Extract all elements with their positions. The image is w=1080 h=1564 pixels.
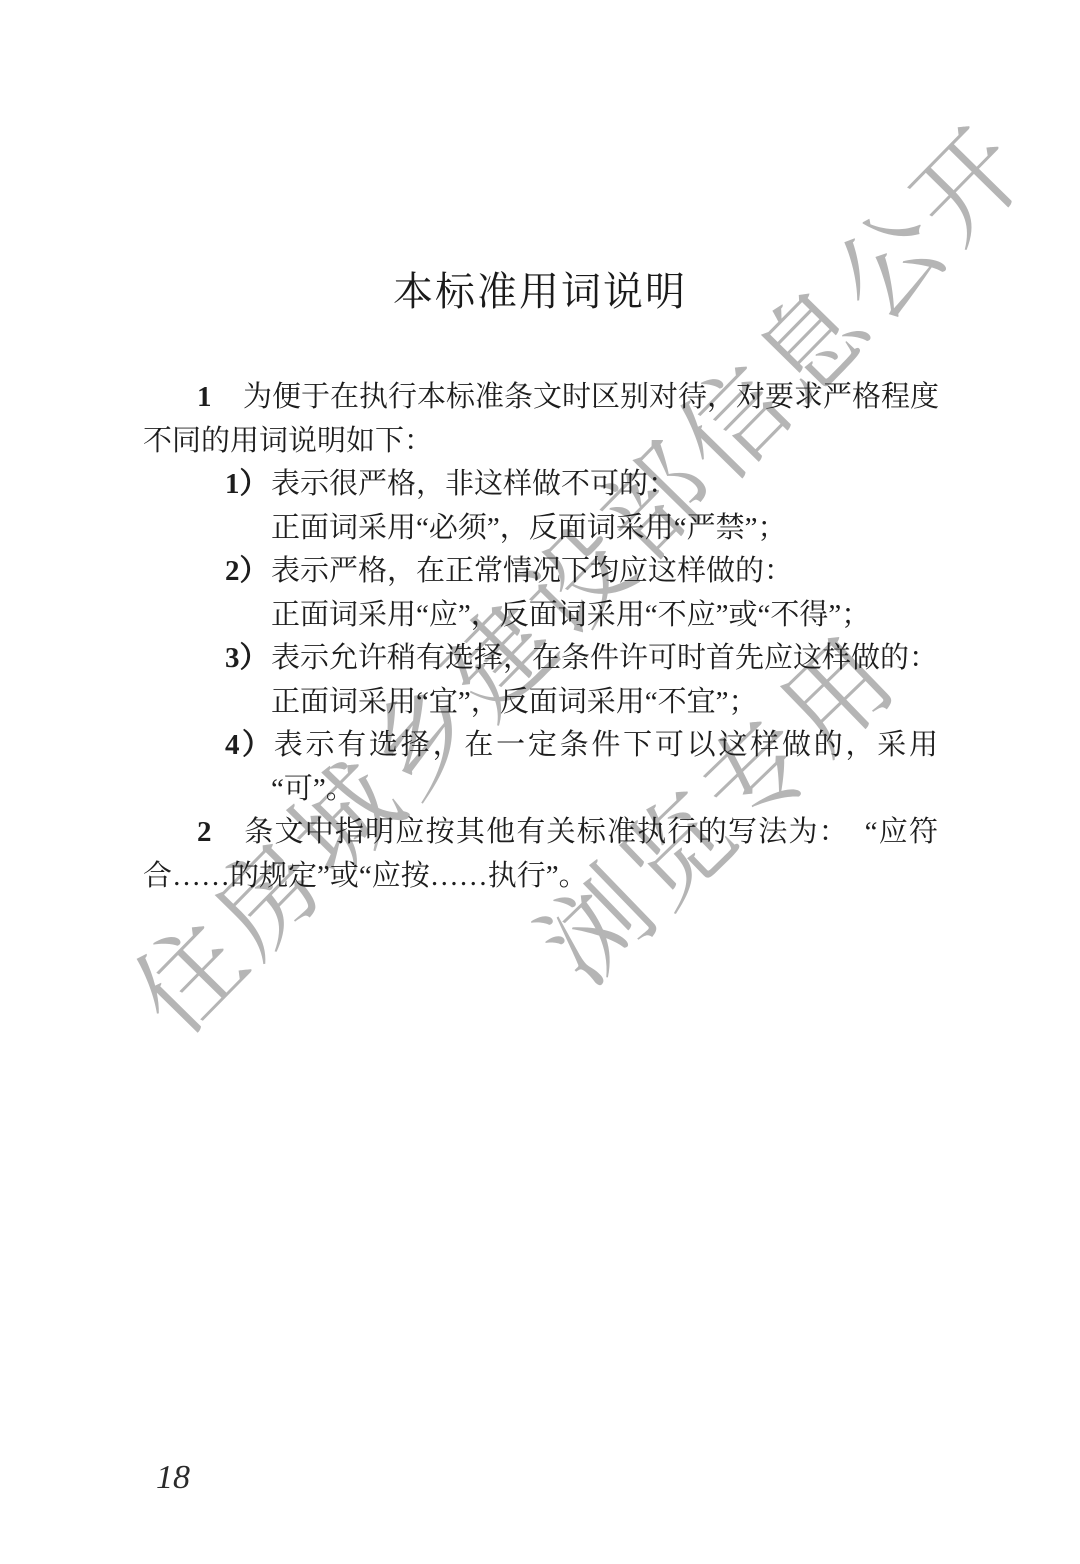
line-text: 表示严格，在正常情况下均应这样做的： [271,555,793,587]
text-line-8: 正面词采用“宜”，反面词采用“不宜”； [143,681,938,725]
line-text: 表示很严格，非这样做不可的： [271,468,677,500]
text-line-2: 不同的用词说明如下： [143,420,938,464]
body-text: 1为便于在执行本标准条文时区别对待，对要求严格程度不同的用词说明如下：1）表示很… [143,376,938,898]
clause-number: 2） [225,550,271,594]
text-line-12: 合……的规定”或“应按……执行”。 [143,855,938,899]
line-text: 条文中指明应按其他有关标准执行的写法为： “应符 [243,816,938,848]
text-line-11: 2条文中指明应按其他有关标准执行的写法为： “应符 [143,811,938,855]
text-line-9: 4）表示有选择，在一定条件下可以这样做的，采用 [143,724,938,768]
clause-number: 2 [197,811,243,855]
line-text: 正面词采用“必须”，反面词采用“严禁”； [271,512,787,544]
text-line-10: “可”。 [143,768,938,812]
text-line-7: 3）表示允许稍有选择，在条件许可时首先应这样做的： [143,637,938,681]
clause-number: 3） [225,637,271,681]
line-text: “可”。 [271,773,355,805]
clause-number: 4） [225,724,271,768]
line-text: 合……的规定”或“应按……执行”。 [143,860,588,892]
line-text: 表示有选择，在一定条件下可以这样做的，采用 [271,729,938,761]
text-line-6: 正面词采用“应”，反面词采用“不应”或“不得”； [143,594,938,638]
line-text: 不同的用词说明如下： [143,425,433,457]
page-title: 本标准用词说明 [0,268,1080,316]
document-page: 住房城乡建设部信息公开 浏览专用 本标准用词说明 1为便于在执行本标准条文时区别… [0,0,1080,1564]
line-text: 表示允许稍有选择，在条件许可时首先应这样做的： [271,642,938,674]
clause-number: 1 [197,376,243,420]
page-number: 18 [156,1458,190,1498]
line-text: 正面词采用“宜”，反面词采用“不宜”； [271,686,758,718]
text-line-5: 2）表示严格，在正常情况下均应这样做的： [143,550,938,594]
line-text: 正面词采用“应”，反面词采用“不应”或“不得”； [271,599,870,631]
line-text: 为便于在执行本标准条文时区别对待，对要求严格程度 [243,381,939,413]
text-line-3: 1）表示很严格，非这样做不可的： [143,463,938,507]
clause-number: 1） [225,463,271,507]
text-line-1: 1为便于在执行本标准条文时区别对待，对要求严格程度 [143,376,938,420]
text-line-4: 正面词采用“必须”，反面词采用“严禁”； [143,507,938,551]
